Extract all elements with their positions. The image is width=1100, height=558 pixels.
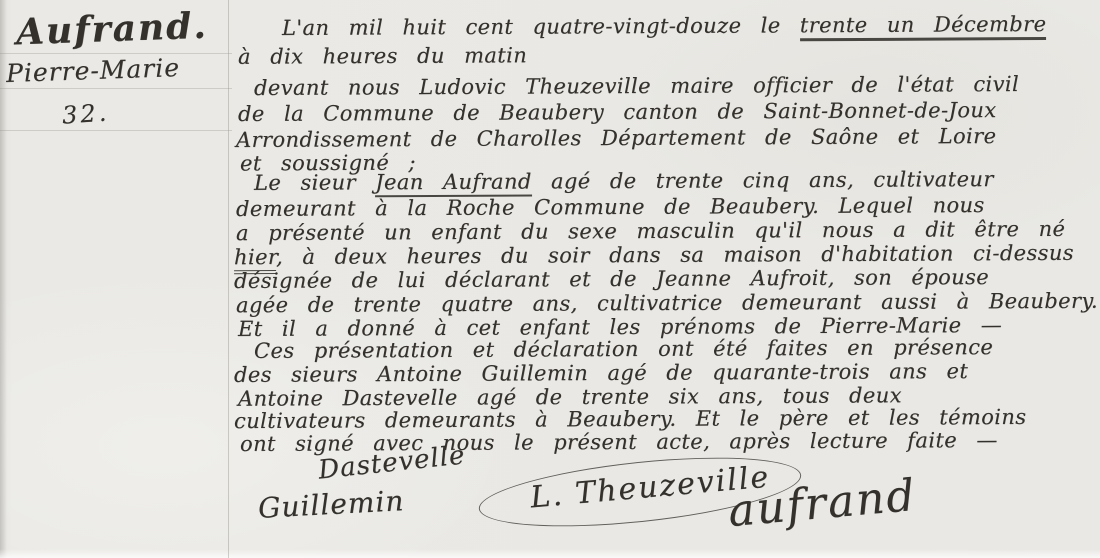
act-text-underlined-father: Jean Aufrand [375, 169, 532, 197]
act-text: Le sieur [254, 170, 375, 195]
act-line: L'an mil huit cent quatre-vingt-douze le… [282, 12, 1046, 40]
act-line: demeurant à la Roche Commune de Beaubery… [236, 193, 985, 221]
act-text: L'an mil huit cent quatre-vingt-douze le [282, 13, 800, 40]
margin-guide-line [0, 88, 232, 89]
margin-guide-line [0, 130, 232, 131]
act-line: désignée de lui déclarant et de Jeanne A… [234, 265, 989, 293]
register-page-scan: Aufrand. Pierre-Marie 32. L'an mil huit … [0, 0, 1100, 558]
paper-bottom-edge [0, 549, 1100, 558]
margin-given-names: Pierre-Marie [6, 53, 181, 88]
margin-surname: Aufrand. [15, 5, 208, 54]
margin-act-number: 32. [61, 98, 110, 129]
act-line: Le sieur Jean Aufrand agé de trente cinq… [254, 167, 994, 195]
act-text-underlined-date: trente un Décembre [800, 12, 1047, 41]
act-line: de la Commune de Beaubery canton de Sain… [238, 98, 997, 126]
act-line: devant nous Ludovic Theuzeville maire of… [254, 72, 1019, 100]
act-text: agé de trente cinq ans, cultivateur [532, 167, 994, 193]
act-line: Arrondissement de Charolles Département … [236, 124, 997, 152]
margin-guide-line [0, 53, 232, 54]
act-line: à dix heures du matin [238, 43, 527, 69]
margin-vertical-rule [228, 0, 229, 558]
signature-guillemin: Guillemin [257, 484, 405, 525]
